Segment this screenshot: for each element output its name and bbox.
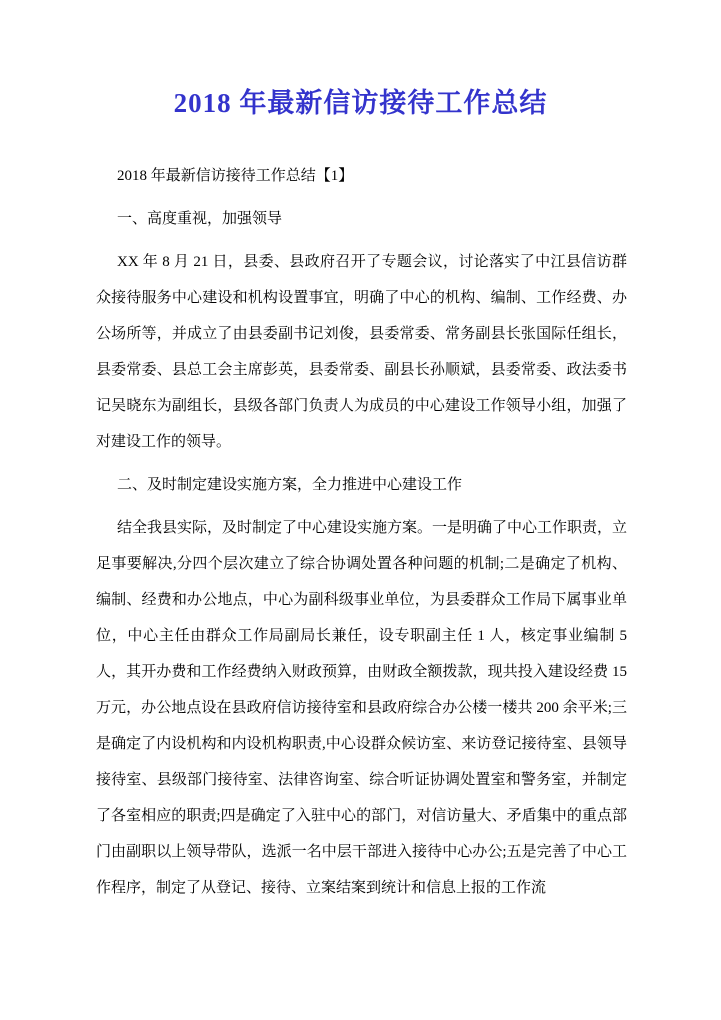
document-title: 2018 年最新信访接待工作总结 (0, 86, 721, 120)
paragraph-body-2: 结全我县实际，及时制定了中心建设实施方案。一是明确了中心工作职责，立足事要解决,… (96, 510, 627, 906)
paragraph-body-1: XX 年 8 月 21 日，县委、县政府召开了专题会议，讨论落实了中江县信访群众… (96, 244, 627, 460)
paragraph-heading-2: 二、及时制定建设实施方案，全力推进中心建设工作 (96, 467, 627, 503)
paragraph-subtitle: 2018 年最新信访接待工作总结【1】 (96, 158, 627, 194)
document-body: 2018 年最新信访接待工作总结【1】 一、高度重视，加强领导 XX 年 8 月… (96, 158, 627, 906)
paragraph-heading-1: 一、高度重视，加强领导 (96, 201, 627, 237)
document-page: 2018 年最新信访接待工作总结 2018 年最新信访接待工作总结【1】 一、高… (0, 0, 721, 1020)
